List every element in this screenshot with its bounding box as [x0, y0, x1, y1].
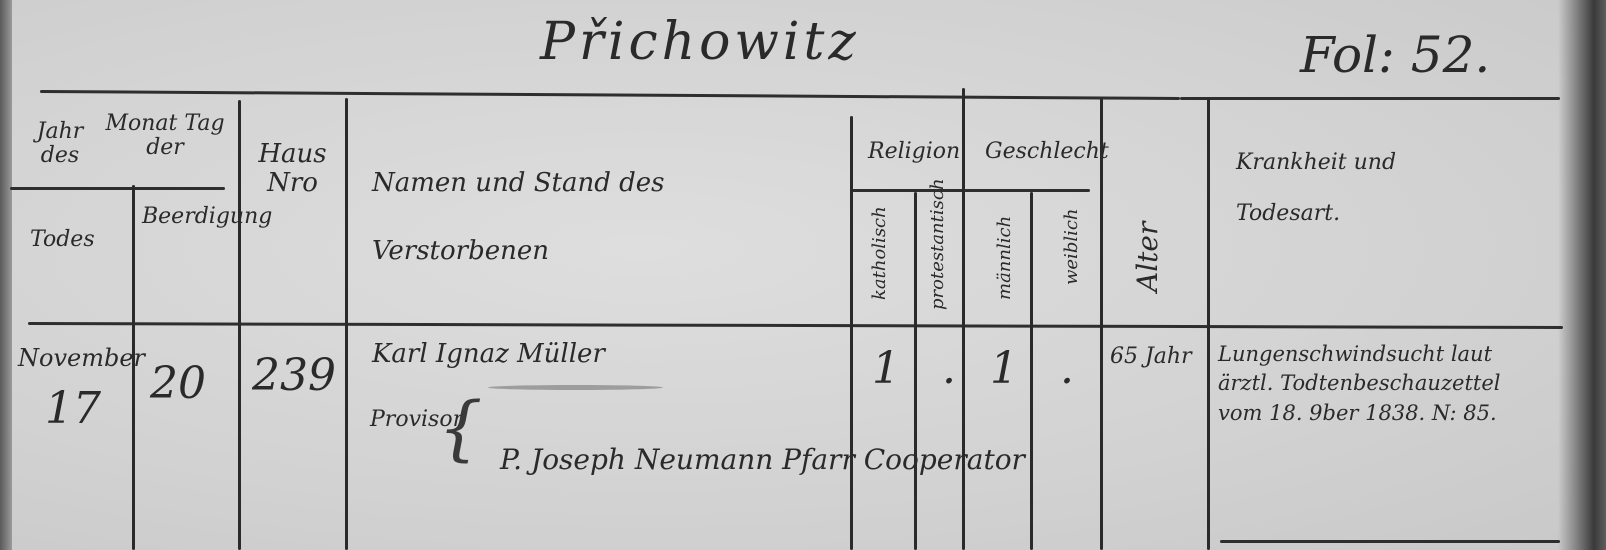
- register-page: Přichowitz Fol: 52. Jahr des Monat Tag d…: [0, 0, 1606, 550]
- entry-bottom-rule: [1220, 540, 1560, 543]
- header-top-rule-right: [1180, 97, 1560, 100]
- entry-female-count: .: [1060, 345, 1074, 393]
- entry-house-no: 239: [252, 352, 336, 400]
- header-protestant: protestantisch: [928, 178, 948, 310]
- col-divider-protestant: [914, 192, 917, 550]
- header-sex: Geschlecht: [985, 140, 1109, 164]
- brace-mark: {: [438, 390, 483, 467]
- entry-cause-of-death: Lungenschwindsucht laut ärztl. Todtenbes…: [1218, 340, 1528, 428]
- header-age: Alter: [1133, 222, 1164, 292]
- folio-number: Fol: 52.: [1300, 28, 1490, 83]
- entry-protestant-count: .: [942, 345, 956, 393]
- entry-male-count: 1: [990, 345, 1018, 393]
- header-bottom-rule: [28, 322, 1563, 329]
- pencil-mark: [488, 385, 663, 390]
- entry-death-month: November: [18, 345, 145, 371]
- page-left-edge: [0, 0, 12, 550]
- entry-signature: P. Joseph Neumann Pfarr Cooperator: [500, 445, 1025, 476]
- header-female: weiblich: [1062, 208, 1082, 285]
- header-catholic: katholisch: [870, 206, 890, 300]
- col-divider-female: [1030, 192, 1033, 550]
- col-divider-name: [345, 98, 348, 550]
- entry-age: 65 Jahr: [1110, 345, 1192, 369]
- entry-burial-day: 20: [150, 360, 206, 408]
- religion-sex-subheader-rule: [850, 189, 1090, 192]
- entry-name: Karl Ignaz Müller: [372, 340, 605, 369]
- book-binding-shadow: [1558, 0, 1606, 550]
- entry-death-day: 17: [45, 385, 101, 433]
- parish-title: Přichowitz: [540, 14, 860, 71]
- col-divider-house: [238, 100, 241, 550]
- col-divider-sex: [962, 88, 965, 550]
- header-religion: Religion: [868, 140, 960, 164]
- header-illness-cause: Krankheit und Todesart.: [1236, 138, 1486, 239]
- header-male: männlich: [995, 216, 1015, 300]
- header-burial: Beerdigung: [142, 205, 227, 229]
- header-year: Jahr des: [30, 120, 90, 168]
- header-month-day: Monat Tag der: [100, 112, 230, 160]
- header-death: Todes: [30, 228, 95, 252]
- entry-catholic-count: 1: [872, 345, 900, 393]
- date-subheader-rule: [10, 187, 225, 190]
- header-name-status: Namen und Stand des Verstorbenen: [372, 150, 752, 285]
- header-house-no: Haus Nro: [250, 140, 335, 197]
- col-divider-age: [1100, 98, 1103, 550]
- header-top-rule: [40, 90, 1180, 100]
- col-divider-religion: [850, 116, 853, 550]
- col-divider-cause: [1207, 98, 1210, 550]
- entry-provisor-note: Provisor: [370, 408, 440, 432]
